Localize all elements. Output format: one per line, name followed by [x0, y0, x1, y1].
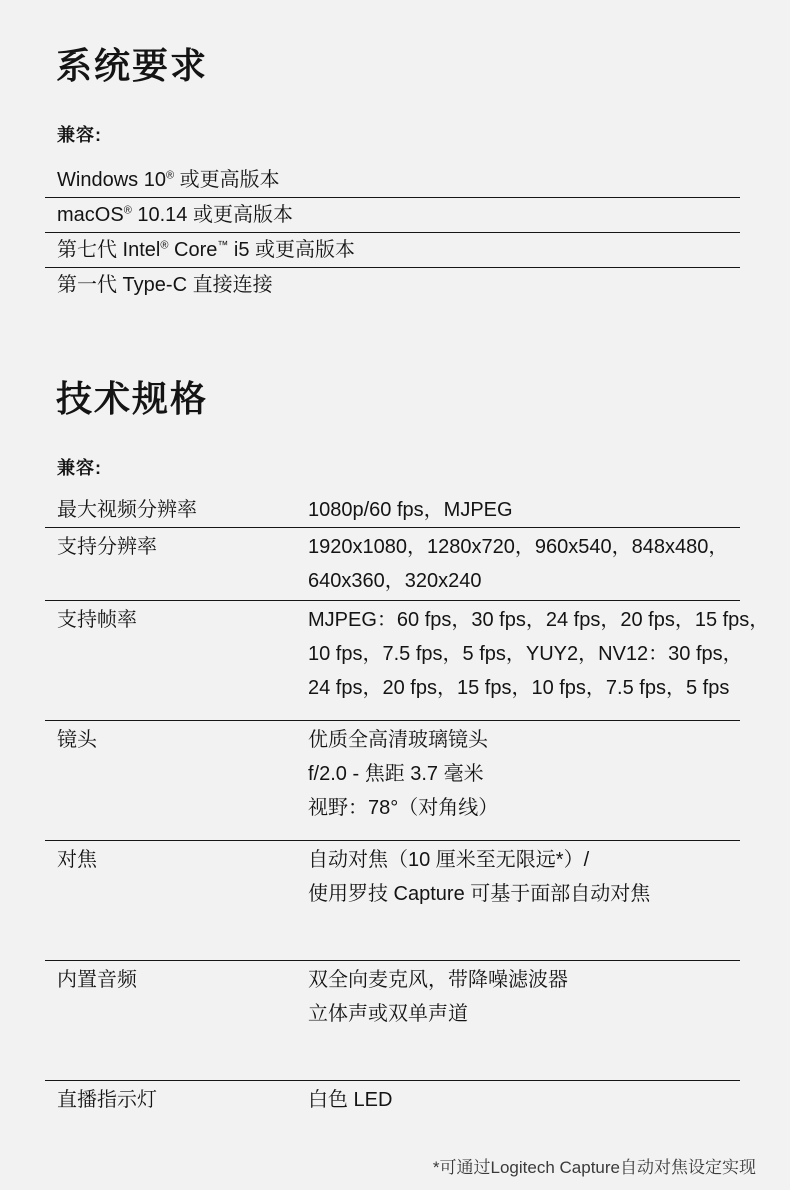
tech-specs-title: 技术规格	[56, 379, 790, 419]
requirement-item: macOS® 10.14 或更高版本	[45, 198, 740, 233]
spec-label: 镜头	[45, 723, 308, 825]
spec-sheet-page: 系统要求 兼容: Windows 10® 或更高版本macOS® 10.14 或…	[0, 0, 790, 1190]
spec-row: 支持分辨率 1920x1080，1280x720，960x540，848x480…	[45, 528, 740, 601]
spec-value: 1080p/60 fps，MJPEG	[308, 493, 740, 527]
spec-row: 直播指示灯 白色 LED	[45, 1081, 740, 1132]
system-requirements-title: 系统要求	[56, 46, 790, 86]
spec-row: 最大视频分辨率 1080p/60 fps，MJPEG	[45, 491, 740, 528]
system-requirements-compat-label: 兼容:	[57, 125, 790, 145]
spec-value: 优质全高清玻璃镜头f/2.0 - 焦距 3.7 毫米视野：78°（对角线）	[308, 723, 740, 825]
spec-value: 双全向麦克风，带降噪滤波器立体声或双单声道	[308, 963, 740, 1065]
spec-label: 支持分辨率	[45, 530, 308, 598]
spec-row: 对焦 自动对焦（10 厘米至无限远*）/使用罗技 Capture 可基于面部自动…	[45, 841, 740, 961]
spec-label: 最大视频分辨率	[45, 493, 308, 527]
spec-value: 白色 LED	[308, 1083, 740, 1117]
spec-value: 1920x1080，1280x720，960x540，848x480，640x3…	[308, 530, 740, 598]
system-requirements-list: Windows 10® 或更高版本macOS® 10.14 或更高版本第七代 I…	[45, 163, 740, 302]
spec-row: 内置音频 双全向麦克风，带降噪滤波器立体声或双单声道	[45, 961, 740, 1081]
requirement-item: Windows 10® 或更高版本	[45, 163, 740, 198]
requirement-item: 第七代 Intel® Core™ i5 或更高版本	[45, 233, 740, 268]
spec-label: 对焦	[45, 843, 308, 945]
spec-row: 支持帧率 MJPEG：60 fps，30 fps，24 fps，20 fps，1…	[45, 601, 740, 721]
footnote: *可通过Logitech Capture自动对焦设定实现	[433, 1158, 756, 1178]
spec-row: 镜头 优质全高清玻璃镜头f/2.0 - 焦距 3.7 毫米视野：78°（对角线）	[45, 721, 740, 841]
requirement-item: 第一代 Type-C 直接连接	[45, 268, 740, 302]
tech-specs-compat-label: 兼容:	[57, 458, 790, 478]
spec-value: MJPEG：60 fps，30 fps，24 fps，20 fps，15 fps…	[308, 603, 769, 705]
spec-label: 内置音频	[45, 963, 308, 1065]
tech-specs-table: 最大视频分辨率 1080p/60 fps，MJPEG 支持分辨率 1920x10…	[45, 491, 740, 1132]
spec-value: 自动对焦（10 厘米至无限远*）/使用罗技 Capture 可基于面部自动对焦	[308, 843, 740, 945]
spec-label: 直播指示灯	[45, 1083, 308, 1117]
spec-label: 支持帧率	[45, 603, 308, 705]
